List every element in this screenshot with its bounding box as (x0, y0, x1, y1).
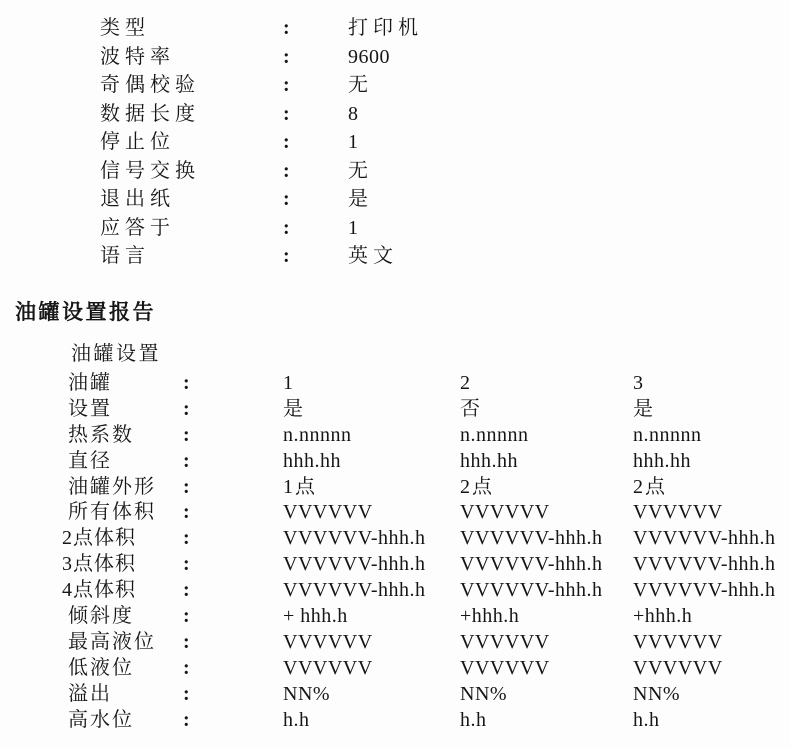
tank-row-label: 2点体积 (62, 526, 136, 552)
tank-row-label: 3点体积 (62, 552, 136, 578)
tank1-value: VVVVVV (283, 500, 373, 526)
tank-setting-row: 高水位 : h.h h.h h.h (0, 708, 790, 734)
printer-setting-row: 信号交换 : 无 (0, 157, 790, 186)
setting-value: 英文 (348, 242, 398, 271)
tank-row-label: 溢出 (68, 682, 112, 708)
setting-value: 1 (348, 214, 359, 243)
tank3-value: NN% (633, 682, 680, 708)
tank-row-label: 4点体积 (62, 578, 136, 604)
tank-report-title: 油罐设置报告 (15, 296, 156, 326)
tank1-value: VVVVVV-hhh.h (283, 578, 425, 604)
setting-value: 8 (348, 100, 359, 129)
setting-label: 奇偶校验 (100, 71, 200, 100)
printer-setting-row: 类型 : 打印机 (0, 14, 790, 43)
tank-settings-table: 油罐 : 1 2 3 设置 : 是 否 是 热系数 : n.nnnnn n.nn… (0, 371, 790, 733)
colon-separator: : (283, 128, 290, 157)
setting-value: 1 (348, 128, 359, 157)
tank-setting-row: 油罐外形 : 1点 2点 2点 (0, 475, 790, 501)
setting-label: 停止位 (100, 128, 175, 157)
tank1-value: hhh.hh (283, 449, 341, 475)
tank-row-label: 最高液位 (68, 630, 156, 656)
tank-row-label: 热系数 (68, 423, 134, 449)
colon-separator: : (183, 708, 190, 734)
colon-separator: : (283, 157, 290, 186)
tank-setting-row: 直径 : hhh.hh hhh.hh hhh.hh (0, 449, 790, 475)
tank2-value: VVVVVV (460, 500, 550, 526)
tank-row-label: 倾斜度 (68, 604, 134, 630)
tank3-value: +hhh.h (633, 604, 692, 630)
tank3-value: hhh.hh (633, 449, 691, 475)
setting-label: 波特率 (100, 43, 175, 72)
tank2-value: +hhh.h (460, 604, 519, 630)
tank-setting-row: 热系数 : n.nnnnn n.nnnnn n.nnnnn (0, 423, 790, 449)
colon-separator: : (183, 682, 190, 708)
colon-separator: : (283, 214, 290, 243)
setting-value: 无 (348, 71, 373, 100)
tank-row-label: 设置 (68, 397, 112, 423)
tank3-value: n.nnnnn (633, 423, 702, 449)
colon-separator: : (183, 526, 190, 552)
tank-row-label: 低液位 (68, 656, 134, 682)
tank3-value: h.h (633, 708, 660, 734)
tank2-value: 2 (460, 371, 471, 397)
tank2-value: 否 (460, 397, 482, 423)
setting-label: 应答于 (100, 214, 175, 243)
printer-setting-row: 停止位 : 1 (0, 128, 790, 157)
tank3-value: VVVVVV-hhh.h (633, 578, 775, 604)
tank1-value: 1 (283, 371, 294, 397)
tank1-value: + hhh.h (283, 604, 348, 630)
tank-setting-row: 设置 : 是 否 是 (0, 397, 790, 423)
colon-separator: : (183, 604, 190, 630)
tank2-value: VVVVVV-hhh.h (460, 552, 602, 578)
tank3-value: VVVVVV (633, 500, 723, 526)
setting-value: 打印机 (348, 14, 423, 43)
tank-setting-row: 4点体积 : VVVVVV-hhh.h VVVVVV-hhh.h VVVVVV-… (0, 578, 790, 604)
tank-setting-row: 3点体积 : VVVVVV-hhh.h VVVVVV-hhh.h VVVVVV-… (0, 552, 790, 578)
tank-setting-row: 2点体积 : VVVVVV-hhh.h VVVVVV-hhh.h VVVVVV-… (0, 526, 790, 552)
colon-separator: : (183, 423, 190, 449)
colon-separator: : (283, 71, 290, 100)
tank2-value: NN% (460, 682, 507, 708)
printer-setting-row: 退出纸 : 是 (0, 185, 790, 214)
settings-report-page: 类型 : 打印机 波特率 : 9600 奇偶校验 : 无 数据长度 : 8 停止… (0, 0, 790, 747)
tank-setting-row: 油罐 : 1 2 3 (0, 371, 790, 397)
tank1-value: VVVVVV-hhh.h (283, 526, 425, 552)
tank1-value: VVVVVV (283, 656, 373, 682)
tank3-value: 是 (633, 397, 655, 423)
tank-setting-row: 倾斜度 : + hhh.h +hhh.h +hhh.h (0, 604, 790, 630)
colon-separator: : (183, 578, 190, 604)
tank2-value: VVVVVV-hhh.h (460, 578, 602, 604)
setting-label: 退出纸 (100, 185, 175, 214)
printer-settings-section: 类型 : 打印机 波特率 : 9600 奇偶校验 : 无 数据长度 : 8 停止… (0, 14, 790, 271)
tank2-value: VVVVVV-hhh.h (460, 526, 602, 552)
colon-separator: : (183, 630, 190, 656)
tank-row-label: 高水位 (68, 708, 134, 734)
colon-separator: : (183, 397, 190, 423)
tank3-value: 2点 (633, 475, 667, 501)
setting-label: 类型 (100, 14, 150, 43)
setting-label: 信号交换 (100, 157, 200, 186)
tank2-value: VVVVVV (460, 656, 550, 682)
tank2-value: hhh.hh (460, 449, 518, 475)
tank2-value: 2点 (460, 475, 494, 501)
tank-setting-row: 低液位 : VVVVVV VVVVVV VVVVVV (0, 656, 790, 682)
tank3-value: 3 (633, 371, 644, 397)
colon-separator: : (183, 500, 190, 526)
colon-separator: : (183, 475, 190, 501)
tank1-value: 1点 (283, 475, 317, 501)
tank2-value: h.h (460, 708, 487, 734)
colon-separator: : (183, 552, 190, 578)
colon-separator: : (183, 371, 190, 397)
tank-setting-row: 最高液位 : VVVVVV VVVVVV VVVVVV (0, 630, 790, 656)
setting-label: 数据长度 (100, 100, 200, 129)
setting-value: 9600 (348, 43, 390, 72)
tank3-value: VVVVVV-hhh.h (633, 552, 775, 578)
setting-label: 语言 (100, 242, 150, 271)
tank-row-label: 直径 (68, 449, 112, 475)
tank1-value: VVVVVV-hhh.h (283, 552, 425, 578)
tank1-value: 是 (283, 397, 305, 423)
colon-separator: : (183, 449, 190, 475)
tank-row-label: 油罐外形 (68, 475, 156, 501)
setting-value: 无 (348, 157, 373, 186)
tank3-value: VVVVVV (633, 630, 723, 656)
tank2-value: n.nnnnn (460, 423, 529, 449)
tank-settings-subtitle: 油罐设置 (71, 337, 161, 366)
printer-setting-row: 语言 : 英文 (0, 242, 790, 271)
colon-separator: : (283, 14, 290, 43)
colon-separator: : (283, 100, 290, 129)
tank1-value: NN% (283, 682, 330, 708)
tank3-value: VVVVVV (633, 656, 723, 682)
printer-setting-row: 数据长度 : 8 (0, 100, 790, 129)
tank-row-label: 油罐 (68, 371, 112, 397)
tank-setting-row: 所有体积 : VVVVVV VVVVVV VVVVVV (0, 500, 790, 526)
tank1-value: n.nnnnn (283, 423, 352, 449)
setting-value: 是 (348, 185, 373, 214)
tank3-value: VVVVVV-hhh.h (633, 526, 775, 552)
tank1-value: VVVVVV (283, 630, 373, 656)
colon-separator: : (283, 185, 290, 214)
printer-setting-row: 波特率 : 9600 (0, 43, 790, 72)
tank1-value: h.h (283, 708, 310, 734)
colon-separator: : (283, 43, 290, 72)
colon-separator: : (183, 656, 190, 682)
tank-setting-row: 溢出 : NN% NN% NN% (0, 682, 790, 708)
printer-setting-row: 应答于 : 1 (0, 214, 790, 243)
colon-separator: : (283, 242, 290, 271)
tank2-value: VVVVVV (460, 630, 550, 656)
tank-row-label: 所有体积 (68, 500, 156, 526)
printer-setting-row: 奇偶校验 : 无 (0, 71, 790, 100)
